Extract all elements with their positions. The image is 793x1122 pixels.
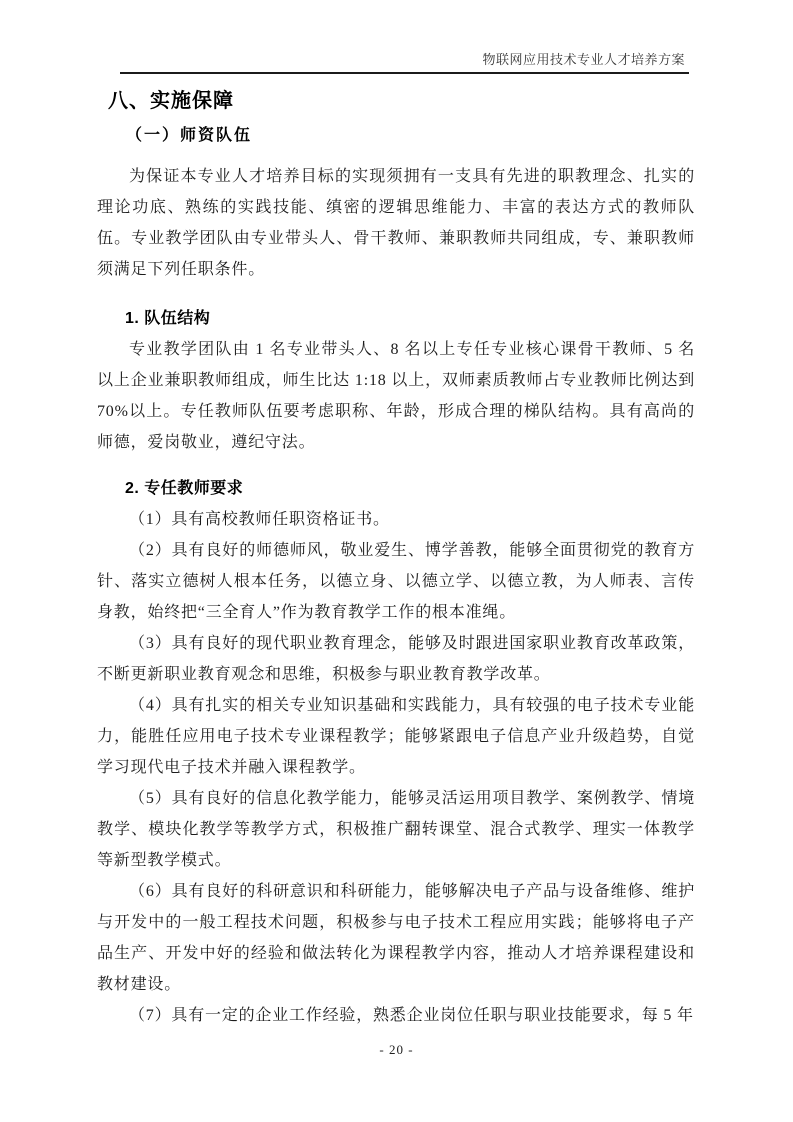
page-header: 物联网应用技术专业人才培养方案 (97, 0, 695, 74)
requirement-item-4: （4）具有扎实的相关专业知识基础和实践能力，具有较强的电子技术专业能力，能胜任应… (97, 690, 695, 783)
requirement-item-3: （3）具有良好的现代职业教育理念，能够及时跟进国家职业教育改革政策，不断更新职业… (97, 628, 695, 690)
intro-paragraph: 为保证本专业人才培养目标的实现须拥有一支具有先进的职教理念、扎实的理论功底、熟练… (97, 161, 695, 285)
team-structure-heading: 1. 队伍结构 (125, 303, 695, 334)
teacher-requirements-heading: 2. 专任教师要求 (125, 473, 695, 504)
requirement-item-5: （5）具有良好的信息化教学能力，能够灵活运用项目教学、案例教学、情境教学、模块化… (97, 783, 695, 876)
requirement-item-2: （2）具有良好的师德师风，敬业爱生、博学善教，能够全面贯彻党的教育方针、落实立德… (97, 535, 695, 628)
requirement-item-1: （1）具有高校教师任职资格证书。 (97, 504, 695, 535)
subsection-title: （一）师资队伍 (126, 127, 695, 145)
requirement-item-6: （6）具有良好的科研意识和科研能力，能够解决电子产品与设备维修、维护与开发中的一… (97, 876, 695, 1000)
page-number: - 20 - (0, 1042, 793, 1057)
requirement-item-7: （7）具有一定的企业工作经验，熟悉企业岗位任职与职业技能要求，每 5 年 (97, 1000, 695, 1031)
team-structure-paragraph: 专业教学团队由 1 名专业带头人、8 名以上专任专业核心课骨干教师、5 名以上企… (97, 334, 695, 458)
header-rule (120, 72, 689, 74)
section-title: 八、实施保障 (108, 90, 695, 112)
header-running-title: 物联网应用技术专业人才培养方案 (97, 52, 695, 67)
document-page: 物联网应用技术专业人才培养方案 八、实施保障 （一）师资队伍 为保证本专业人才培… (0, 0, 793, 1122)
